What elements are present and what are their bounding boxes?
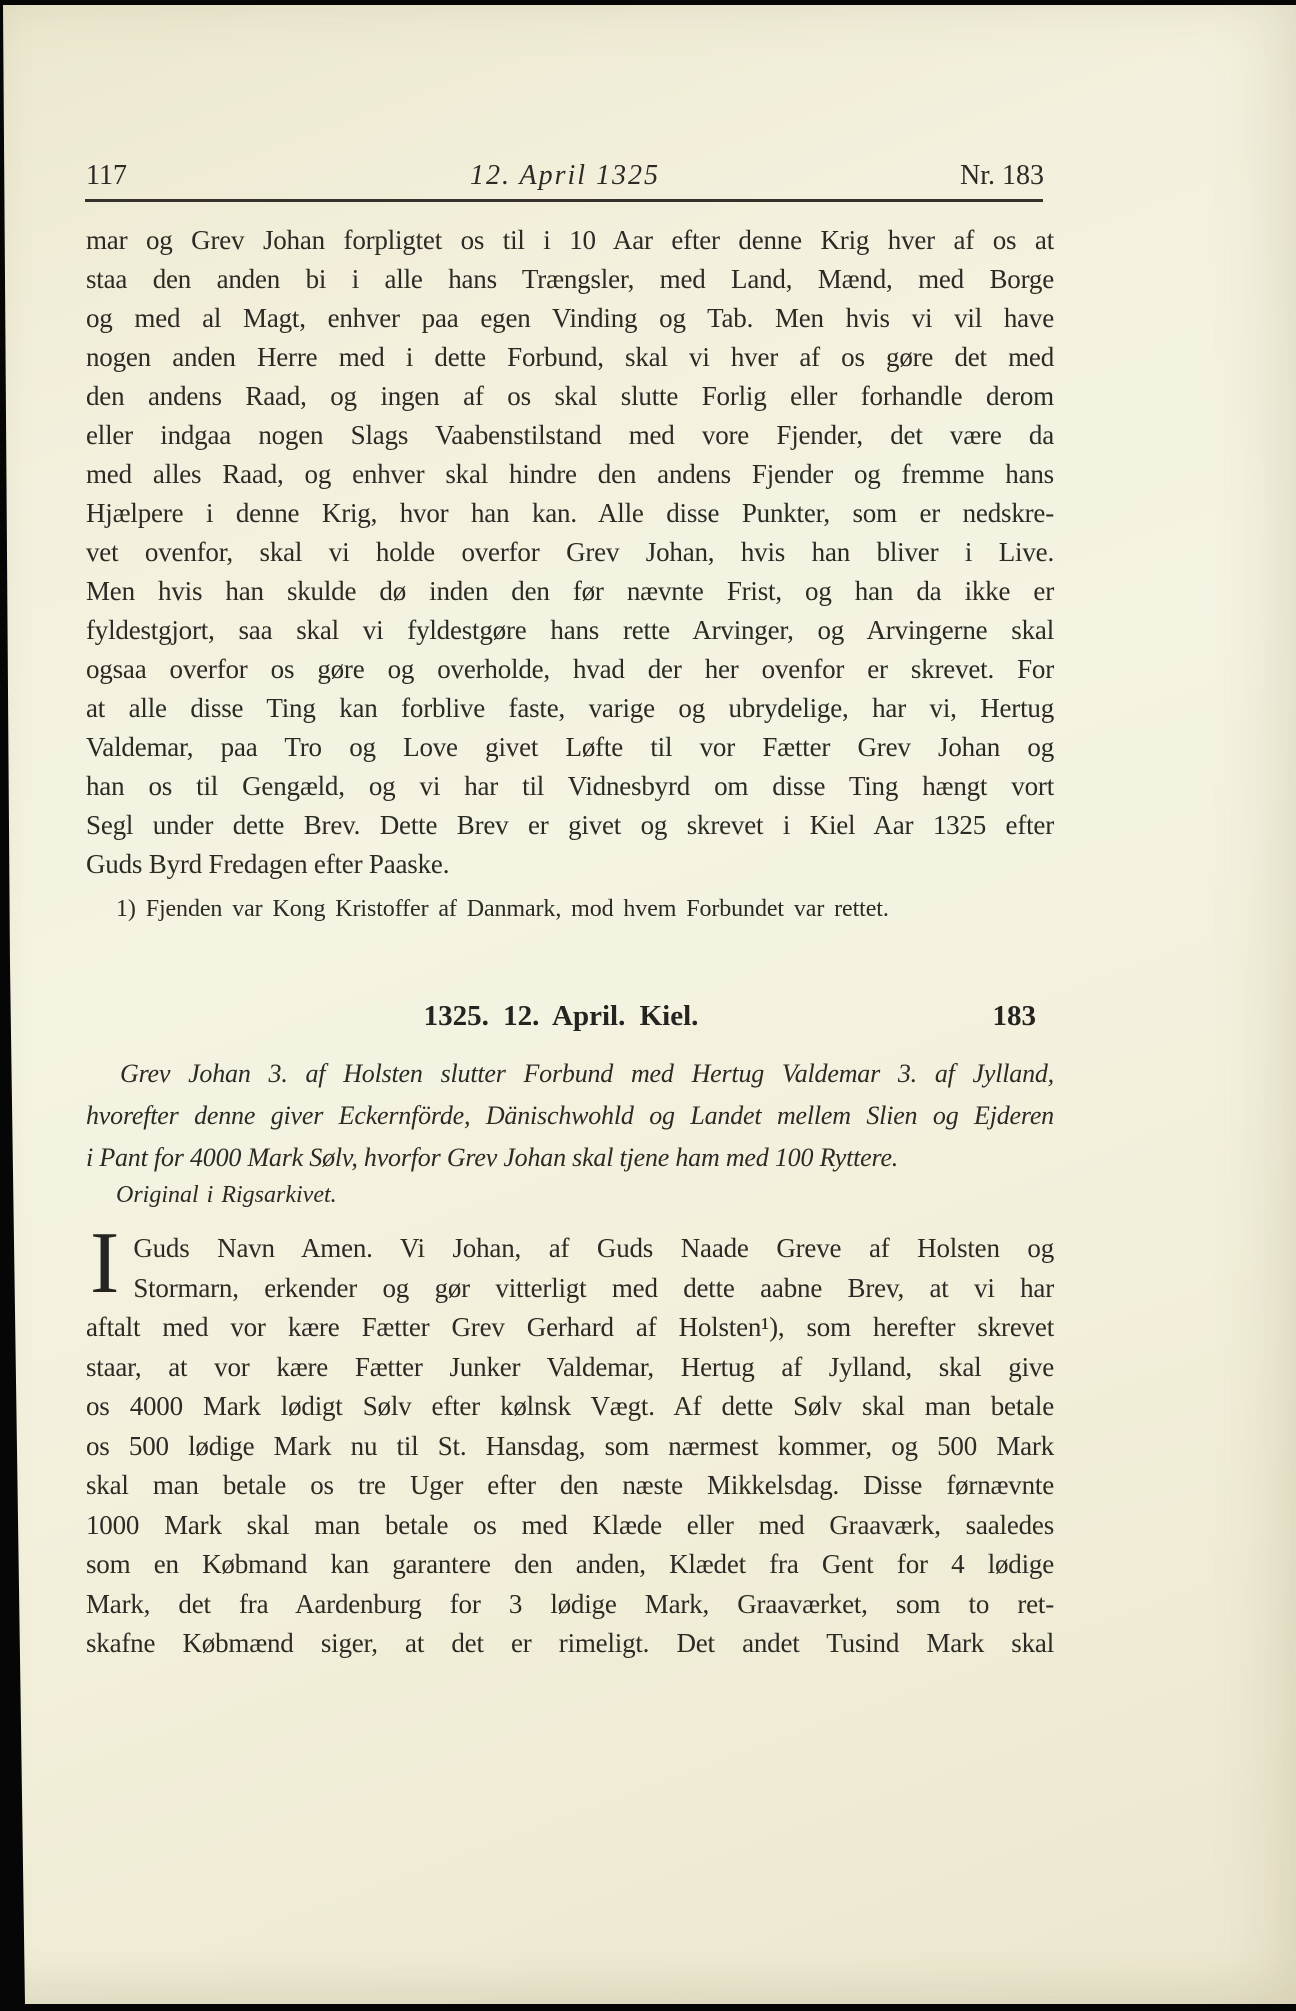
document-two-body: I Guds Navn Amen. Vi Johan, af Guds Naad… <box>86 1229 1054 1664</box>
text-line: med alles Raad, og enhver skal hindre de… <box>86 455 1054 494</box>
text-line: at alle disse Ting kan forblive faste, v… <box>86 689 1054 728</box>
text-line: ogsaa overfor os gøre og overholde, hvad… <box>86 650 1054 689</box>
footnote: 1) Fjenden var Kong Kristoffer af Danmar… <box>86 894 1054 924</box>
scanned-book-page: 117 12. April 1325 Nr. 183 mar og Grev J… <box>0 0 1296 2011</box>
header-rule <box>85 199 1043 202</box>
text-line: fyldestgjort, saa skal vi fyldestgøre ha… <box>86 611 1054 650</box>
text-line: os 500 lødige Mark nu til St. Hansdag, s… <box>86 1427 1054 1467</box>
drop-cap: I <box>86 1229 133 1305</box>
text-line: den andens Raad, og ingen af os skal slu… <box>86 377 1054 416</box>
text-line: Hjælpere i denne Krig, hvor han kan. All… <box>86 494 1054 533</box>
text-line: skafne Købmænd siger, at det er rimeligt… <box>86 1624 1054 1664</box>
document-one-body: mar og Grev Johan forpligtet os til i 10… <box>86 221 1054 884</box>
text-line: han os til Gengæld, og vi har til Vidnes… <box>86 767 1054 806</box>
text-line: vet ovenfor, skal vi holde overfor Grev … <box>86 533 1054 572</box>
text-line: nogen anden Herre med i dette Forbund, s… <box>86 338 1054 377</box>
text-line: 1000 Mark skal man betale os med Klæde e… <box>86 1506 1054 1546</box>
text-line: hvorefter denne giver Eckernförde, Dänis… <box>86 1095 1054 1137</box>
text-line: og med al Magt, enhver paa egen Vinding … <box>86 299 1054 338</box>
text-line: os 4000 Mark lødigt Sølv efter kølnsk Væ… <box>86 1387 1054 1427</box>
text-line: Guds Byrd Fredagen efter Paaske. <box>86 845 1054 884</box>
text-line: staar, at vor kære Fætter Junker Valdema… <box>86 1348 1054 1388</box>
text-line: Mark, det fra Aardenburg for 3 lødige Ma… <box>86 1585 1054 1625</box>
text-line: mar og Grev Johan forpligtet os til i 10… <box>86 221 1054 260</box>
text-line: Grev Johan 3. af Holsten slutter Forbund… <box>86 1053 1054 1095</box>
running-head-date: 12. April 1325 <box>86 160 1044 192</box>
text-line: Men hvis han skulde dø inden den før næv… <box>86 572 1054 611</box>
text-line: i Pant for 4000 Mark Sølv, hvorfor Grev … <box>86 1137 1054 1179</box>
text-line: Valdemar, paa Tro og Love givet Løfte ti… <box>86 728 1054 767</box>
text-line: Guds Navn Amen. Vi Johan, af Guds Naade … <box>86 1229 1054 1269</box>
text-line: eller indgaa nogen Slags Vaabenstilstand… <box>86 416 1054 455</box>
text-line: staa den anden bi i alle hans Trængsler,… <box>86 260 1054 299</box>
entry-summary: Grev Johan 3. af Holsten slutter Forbund… <box>86 1053 1054 1179</box>
text-line: Stormarn, erkender og gør vitterligt med… <box>86 1269 1054 1309</box>
text-line: aftalt med vor kære Fætter Grev Gerhard … <box>86 1308 1054 1348</box>
running-head: 117 12. April 1325 Nr. 183 <box>86 160 1044 196</box>
text-line: Segl under dette Brev. Dette Brev er giv… <box>86 806 1054 845</box>
source-note: Original i Rigsarkivet. <box>86 1180 1084 1210</box>
entry-heading-row: 1325. 12. April. Kiel. 183 <box>86 1000 1036 1036</box>
text-line: skal man betale os tre Uger efter den næ… <box>86 1466 1054 1506</box>
entry-heading: 1325. 12. April. Kiel. <box>86 1000 1036 1033</box>
entry-number: 183 <box>993 1000 1037 1033</box>
text-line: som en Købmand kan garantere den anden, … <box>86 1545 1054 1585</box>
